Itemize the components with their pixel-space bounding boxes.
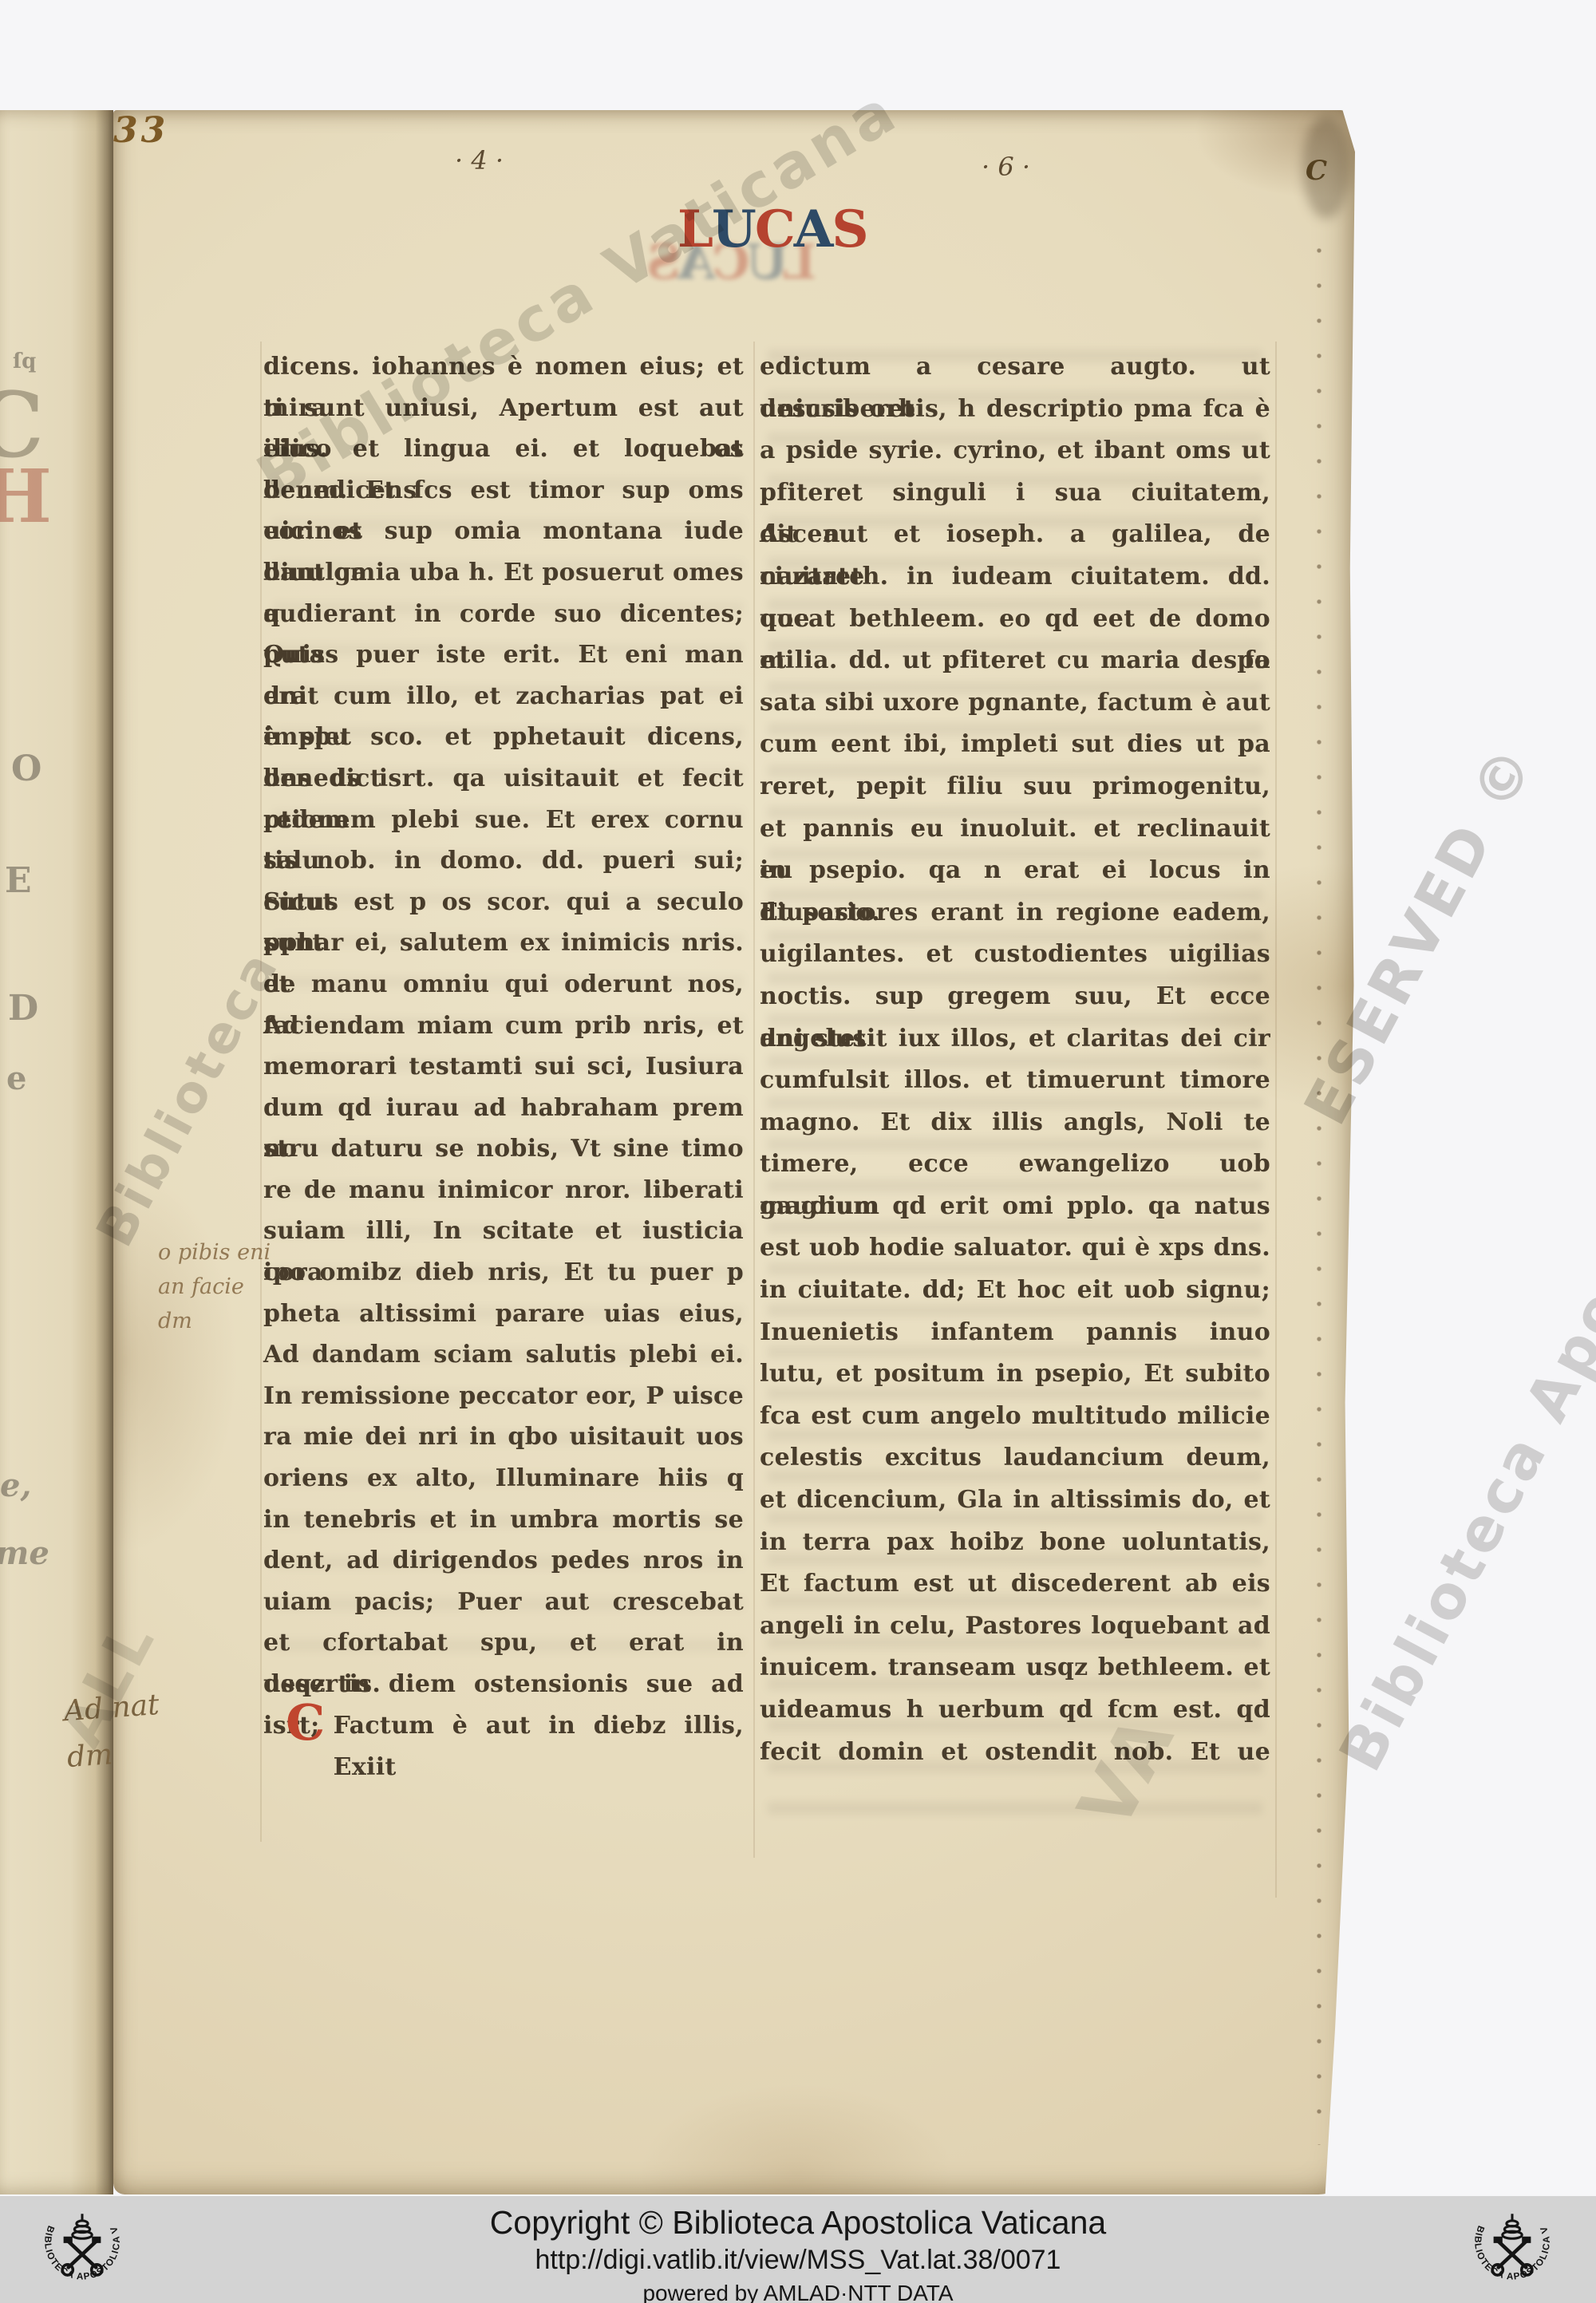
gloss-line: an facie <box>158 1270 271 1304</box>
manuscript-line: memorari testamti sui sci, Iusiura <box>263 1046 744 1088</box>
column-left-lines: dicens. iohannes è nomen eius; et mirati… <box>263 346 744 1705</box>
manuscript-line: et dicencium, Gla in altissimis do, et <box>760 1479 1270 1522</box>
copyright-line: Copyright © Biblioteca Apostolica Vatica… <box>160 2204 1436 2242</box>
manuscript-line: dum qd iurau ad habraham prem no <box>263 1088 744 1129</box>
manuscript-line: eor. et sup omia montana iude diuulga <box>263 511 744 552</box>
source-url: http://digi.vatlib.it/view/MSS_Vat.lat.3… <box>160 2245 1436 2276</box>
vatican-library-logo-right: BIBLIOTECA APOSTOLICA VATICANA <box>1464 2201 1561 2298</box>
manuscript-line: de manu omniu qui oderunt nos, Ad <box>263 964 744 1005</box>
manuscript-line: stru daturu se nobis, Vt sine timo <box>263 1128 744 1170</box>
papal-tiara-icon <box>1503 2214 1522 2238</box>
logo-curved-text: BIBLIOTECA APOSTOLICA VATICANA <box>1464 2201 1552 2282</box>
key-ward <box>1494 2237 1503 2243</box>
manuscript-line: edictum a cesare augto. ut describeret <box>760 346 1270 389</box>
manuscript-line: fca est cum angelo multitudo milicie <box>760 1396 1270 1438</box>
quire-mark-left: · 4 · <box>455 145 504 176</box>
manuscript-line: a pside syrie. cyrino, et ibant oms ut <box>760 430 1270 472</box>
manuscript-line: cumfulsit illos. et timuerunt timore <box>760 1060 1270 1102</box>
manuscript-line: dit aut et ioseph. a galilea, de ciuitat… <box>760 514 1270 556</box>
manuscript-line: uniusis orbis, h descriptio pma fca è <box>760 389 1270 431</box>
facing-page-letter-fragment: ſq <box>13 350 36 373</box>
title-letter: A <box>793 199 832 259</box>
manuscript-line: magno. Et dix illis angls, Noli te <box>760 1102 1270 1144</box>
manuscript-line: ra mie dei nri in qbo uisitauit uos <box>263 1416 744 1458</box>
manuscript-line: uocat bethleem. eo qd eet de domo et fa <box>760 598 1270 641</box>
ruling-line <box>1275 342 1277 1898</box>
manuscript-line: suiam illi, In scitate et iusticia cora <box>263 1211 744 1252</box>
facing-page-letter-fragment: D <box>8 988 38 1029</box>
facing-page-letter-fragment: H <box>0 453 52 539</box>
facing-page-letter-fragment: O <box>11 749 41 789</box>
marginal-gloss: o pibis enian faciedm <box>158 1235 271 1338</box>
rubric-initial: C <box>286 1702 326 1744</box>
copyright-footer-bar: BIBLIOTECA APOSTOLICA VATICANA Copyright… <box>0 2196 1596 2303</box>
manuscript-line: et pannis eu inuoluit. et reclinauit eu <box>760 808 1270 851</box>
powered-by-line: powered by AMLAD·NTT DATA <box>160 2281 1436 2303</box>
manuscript-scan-viewer: ſqCHOEDee,me · 4 · · 6 · C 33 LUCAS LUCA… <box>0 0 1596 2303</box>
manuscript-line: reret, pepit filiu suu primogenitu, <box>760 766 1270 808</box>
folio-number: 33 <box>113 110 1355 151</box>
quire-mark-right: · 6 · <box>982 152 1030 182</box>
facing-page-letter-fragment: E <box>5 860 32 901</box>
manuscript-line: est uob hodie saluator. qui è xps dns. <box>760 1227 1270 1270</box>
manuscript-line: fecit domin et ostendit nob. Et ue <box>760 1732 1270 1774</box>
manuscript-line: putas puer iste erit. Et eni man dni <box>263 634 744 676</box>
manuscript-line: ipo omibz dieb nris, Et tu puer p <box>263 1252 744 1294</box>
facing-page-letter-fragment: e, <box>0 1467 31 1504</box>
manuscript-line: Et pastores erant in regione eadem, <box>760 892 1270 934</box>
ruling-line <box>753 342 755 1858</box>
manuscript-line: inuicem. transeam usqz bethleem. et <box>760 1647 1270 1689</box>
gloss-line: o pibis eni <box>158 1235 271 1270</box>
manuscript-line: in ciuitate. dd; Et hoc eit uob signu; <box>760 1270 1270 1312</box>
footer-text-block: Copyright © Biblioteca Apostolica Vatica… <box>160 2196 1436 2303</box>
manuscript-line: Et factum est ut discederent ab eis <box>760 1563 1270 1606</box>
manuscript-line: pheta altissimi parare uias eius, <box>263 1294 744 1335</box>
pricking-holes <box>1315 246 1323 2145</box>
manuscript-line: milia. dd. ut pfiteret cu maria despo <box>760 640 1270 682</box>
manuscript-line: audierant in corde suo dicentes; Quis <box>263 594 744 635</box>
manuscript-line: in terra pax hoibz bone uoluntatis, <box>760 1522 1270 1564</box>
manuscript-line: magnum qd erit omi pplo. qa natus <box>760 1186 1270 1228</box>
gloss-line: dm <box>158 1304 271 1338</box>
ruling-line <box>260 342 262 1842</box>
manuscript-line: ptionem plebi sue. Et erex cornu salu <box>263 800 744 841</box>
vatican-library-logo-left: BIBLIOTECA APOSTOLICA VATICANA <box>34 2201 131 2298</box>
manuscript-line: bant omia uba h. Et posuerut omes q <box>263 552 744 594</box>
manuscript-line: in tenebris et in umbra mortis se <box>263 1499 744 1541</box>
corner-letter-mark: C <box>1306 155 1327 187</box>
manuscript-line: è spu sco. et pphetauit dicens, benedict <box>263 717 744 758</box>
manuscript-line: pphar ei, salutem ex inimicis nris. et <box>263 922 744 964</box>
manuscript-line: lutu, et positum in psepio, Et subito <box>760 1353 1270 1396</box>
key-ward <box>64 2237 73 2243</box>
manuscript-line: cutus est p os scor. qui a seculo sunt <box>263 882 744 923</box>
manuscript-line: Inuenietis infantem pannis inuo <box>760 1312 1270 1354</box>
watermark-text: Biblioteca Apostolica <box>1326 1057 1596 1782</box>
key-ward <box>92 2237 101 2243</box>
manuscript-line: dni stetit iux illos, et claritas dei ci… <box>760 1018 1270 1061</box>
manuscript-line: nazareth. in iudeam ciuitatem. dd. que <box>760 556 1270 598</box>
manuscript-line: In remissione peccator eor, P uisce <box>263 1376 744 1417</box>
manuscript-line: usqz in diem ostensionis sue ad isrt; <box>263 1664 744 1705</box>
key-ward <box>1522 2237 1531 2243</box>
manuscript-line: Factum è aut in diebz illis, Exiit <box>334 1705 744 1788</box>
manuscript-line: pfiteret singuli i sua ciuitatem, Ascen <box>760 472 1270 515</box>
manuscript-line: sata sibi uxore pgnante, factum è aut <box>760 682 1270 725</box>
manuscript-line: uideamus h uerbum qd fcm est. qd <box>760 1689 1270 1732</box>
logo-curved-text: BIBLIOTECA APOSTOLICA VATICANA <box>34 2201 122 2282</box>
text-column-left: dicens. iohannes è nomen eius; et mirati… <box>263 346 744 1750</box>
text-column-right: edictum a cesare augto. ut describeretun… <box>760 346 1270 1773</box>
manuscript-line: noctis. sup gregem suu, Et ecce angelus <box>760 976 1270 1018</box>
manuscript-line: uigilantes. et custodientes uigilias <box>760 934 1270 976</box>
manuscript-line: Ad dandam sciam salutis plebi ei. <box>263 1334 744 1376</box>
manuscript-line: angeli in celu, Pastores loquebant ad <box>760 1606 1270 1648</box>
manuscript-line: erat cum illo, et zacharias pat ei imple… <box>263 676 744 717</box>
manuscript-line: cum eent ibi, impleti sut dies ut pa <box>760 724 1270 766</box>
manuscript-line: re de manu inimicor nror. liberati <box>263 1170 744 1211</box>
facing-page-edge: ſqCHOEDee,me <box>0 110 113 2194</box>
manuscript-line: et cfortabat spu, et erat in desertis. <box>263 1622 744 1664</box>
facing-page-letter-fragment: e <box>6 1060 26 1097</box>
manuscript-line: in psepio. qa n erat ei locus in diusori… <box>760 850 1270 892</box>
title-letter: S <box>831 199 866 259</box>
manuscript-line: oriens ex alto, Illuminare hiis q <box>263 1458 744 1499</box>
manuscript-line: dns ds isrt. qa uisitauit et fecit redem <box>263 758 744 800</box>
papal-tiara-icon <box>73 2214 92 2238</box>
manuscript-line: celestis excitus laudancium deum, <box>760 1437 1270 1479</box>
manuscript-line: timere, ecce ewangelizo uob gaudium <box>760 1144 1270 1186</box>
manuscript-line: faciendam miam cum prib nris, et <box>263 1005 744 1047</box>
facing-page-letter-fragment: me <box>0 1535 49 1572</box>
manuscript-line: tis nob. in domo. dd. pueri sui; Sicut l… <box>263 840 744 882</box>
manuscript-line: uiam pacis; Puer aut crescebat <box>263 1582 744 1623</box>
manuscript-line: dent, ad dirigendos pedes nros in <box>263 1540 744 1582</box>
rubricated-line: C Factum è aut in diebz illis, Exiit <box>263 1705 744 1750</box>
